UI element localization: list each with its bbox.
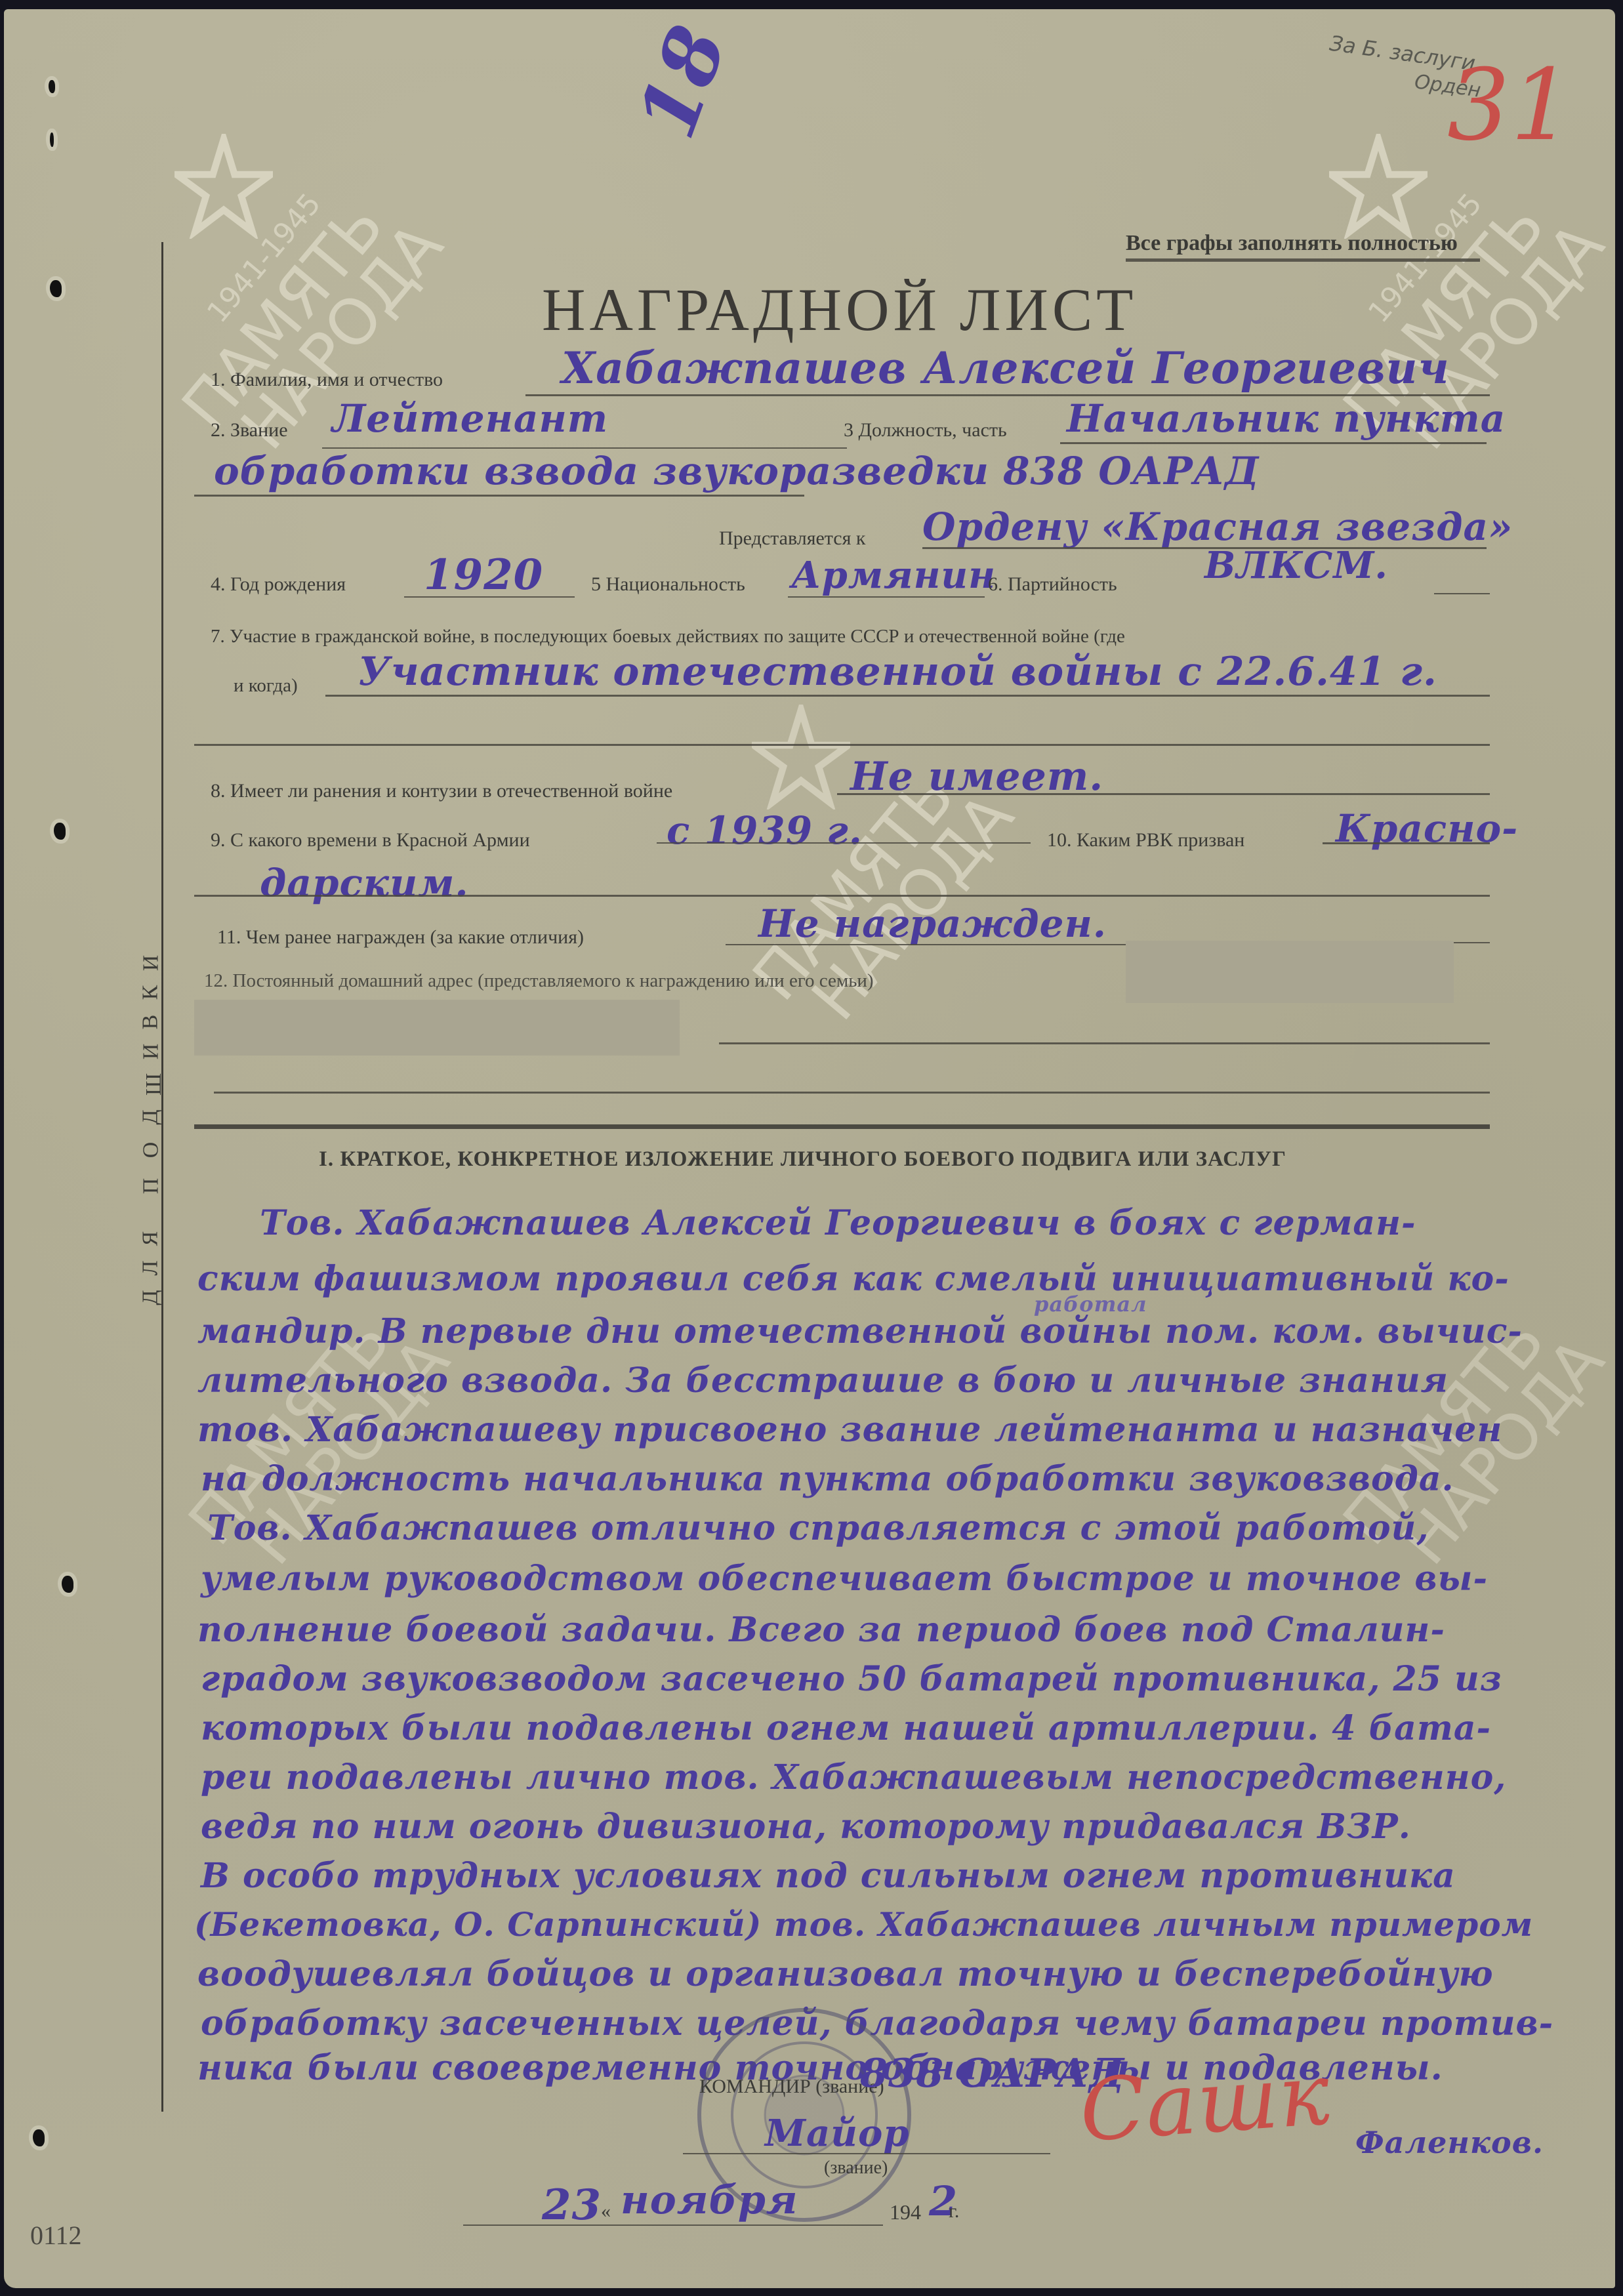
narrative-line: умелым руководством обеспечивает быстрое…	[201, 1559, 1488, 1599]
field-11-line	[726, 944, 1132, 945]
field-9-value: с 1939 г.	[667, 808, 863, 853]
archive-number-blue: 18	[620, 14, 745, 150]
punch-hole	[50, 280, 62, 297]
field-4-value: 1920	[424, 550, 543, 600]
field-1-label: 1. Фамилия, имя и отчество	[211, 369, 443, 391]
filing-margin-line	[161, 242, 163, 2112]
field-12-line-2	[214, 1092, 1490, 1094]
narrative-line: градом звуковзводом засечено 50 батарей …	[201, 1659, 1502, 1699]
field-7-label: 7. Участие в гражданской войне, в послед…	[211, 626, 1125, 647]
field-12-label: 12. Постоянный домашний адрес (представл…	[204, 970, 874, 992]
punch-hole	[54, 823, 66, 840]
field-11-label: 11. Чем ранее награжден (за какие отличи…	[217, 926, 584, 949]
field-7-value: Участник отечественной войны с 22.6.41 г…	[358, 649, 1437, 695]
watermark-star-icon	[752, 705, 850, 810]
narrative-line: В особо трудных условиях под сильным огн…	[201, 1856, 1456, 1896]
date-year-g: г.	[949, 2200, 959, 2223]
watermark-star-icon	[1329, 134, 1428, 239]
date-year-prefix: 194	[890, 2200, 921, 2224]
watermark-star-icon	[175, 134, 273, 239]
instruction-underline	[1126, 258, 1480, 262]
date-month: ноября	[621, 2177, 798, 2223]
rank-caption: (звание)	[824, 2158, 888, 2179]
archive-number-red: 31	[1447, 49, 1574, 163]
field-3-line-2	[194, 495, 804, 497]
field-8-line	[837, 793, 1490, 795]
narrative-line: полнение боевой задачи. Всего за период …	[197, 1610, 1445, 1650]
field-3-label: 3 Должность, часть	[844, 419, 1007, 441]
narrative-line: тов. Хабажпашеву присвоено звание лейтен…	[197, 1410, 1502, 1450]
field-8-label: 8. Имеет ли ранения и контузии в отечест…	[211, 780, 672, 802]
section-divider	[194, 1124, 1490, 1129]
field-3-value-line-2: обработки взвода звукоразведки 838 ОАРАД	[214, 449, 1260, 493]
field-9-label: 9. С какого времени в Красной Армии	[211, 829, 530, 851]
field-12-line	[719, 1042, 1490, 1044]
rank-line	[683, 2153, 1050, 2154]
field-6-line	[1434, 593, 1490, 594]
narrative-line: реи подавлены лично тов. Хабажпашевым не…	[201, 1757, 1506, 1797]
field-5-line	[788, 596, 985, 598]
date-quote: «	[601, 2200, 611, 2223]
field-10-label: 10. Каким РВК призван	[1047, 829, 1244, 851]
punch-hole	[33, 2129, 45, 2146]
date-line	[463, 2224, 883, 2226]
field-5-label: 5 Национальность	[591, 573, 745, 596]
section-heading: I. КРАТКОЕ, КОНКРЕТНОЕ ИЗЛОЖЕНИЕ ЛИЧНОГО…	[319, 1147, 1286, 1172]
narrative-line: мандир. В первые дни отечественной войны…	[197, 1311, 1523, 1351]
field-10-line-2	[194, 895, 1490, 897]
field-10-line	[1323, 842, 1490, 844]
punch-hole	[62, 1576, 73, 1593]
narrative-line: Тов. Хабажпашев отлично справляется с эт…	[207, 1508, 1429, 1548]
presented-label: Представляется к	[719, 527, 865, 550]
presented-value: Ордену «Красная звезда»	[922, 504, 1513, 549]
award-sheet-page: Д Л Я П О Д Ш И В К И 1941-1945 ПАМЯТЬ Н…	[4, 9, 1615, 2288]
redacted-address-block	[1126, 941, 1454, 1003]
narrative-line: лительного взвода. За бесстрашие в бою и…	[197, 1361, 1448, 1401]
field-4-label: 4. Год рождения	[211, 573, 346, 596]
commander-label: КОМАНДИР (звание)	[699, 2076, 884, 2098]
redacted-address-block	[194, 1000, 680, 1056]
narrative-line: (Бекетовка, О. Сарпинский) тов. Хабажпаш…	[194, 1905, 1533, 1944]
field-4-line	[404, 596, 575, 598]
signer-name: Фаленков.	[1355, 2125, 1544, 2160]
field-3-line	[1060, 442, 1487, 444]
archive-code: 0112	[30, 2220, 82, 2251]
narrative-line: которых были подавлены огнем нашей артил…	[201, 1708, 1491, 1748]
document-title: НАГРАДНОЙ ЛИСТ	[542, 275, 1137, 344]
field-9-line	[657, 842, 1031, 844]
field-7-label-line-2: и когда)	[234, 675, 298, 697]
field-10-value-line-2: дарским.	[260, 861, 469, 905]
field-5-value: Армянин	[791, 554, 996, 597]
punch-hole	[49, 80, 55, 93]
field-7-line-2	[194, 744, 1490, 746]
narrative-line: ским фашизмом проявил себя как смелый ин…	[197, 1259, 1510, 1299]
watermark-years: 1941-1945	[201, 187, 327, 329]
narrative-line: воодушевлял бойцов и организовал точную …	[197, 1954, 1494, 1994]
narrative-line: на должность начальника пункта обработки…	[201, 1459, 1454, 1499]
field-7-line	[325, 695, 1490, 697]
punch-hole	[50, 133, 54, 147]
narrative-line: ведя по ним огонь дивизиона, которому пр…	[201, 1807, 1411, 1847]
date-day: 23	[542, 2181, 602, 2230]
field-2-label: 2. Звание	[211, 419, 288, 441]
narrative-line: Тов. Хабажпашев Алексей Георгиевич в боя…	[260, 1203, 1416, 1243]
field-6-value: ВЛКСМ.	[1204, 544, 1388, 587]
commander-rank-value: Майор	[765, 2112, 910, 2155]
fill-instruction: Все графы заполнять полностью	[1126, 231, 1458, 256]
field-1-value: Хабажпашев Алексей Георгиевич	[562, 342, 1450, 394]
field-3-value-line-1: Начальник пункта	[1067, 396, 1506, 441]
field-11-value: Не награжден.	[758, 901, 1107, 946]
red-signature: Сашк	[1077, 2044, 1333, 2161]
field-6-label: 6. Партийность	[988, 573, 1117, 596]
field-2-value: Лейтенант	[332, 396, 608, 441]
